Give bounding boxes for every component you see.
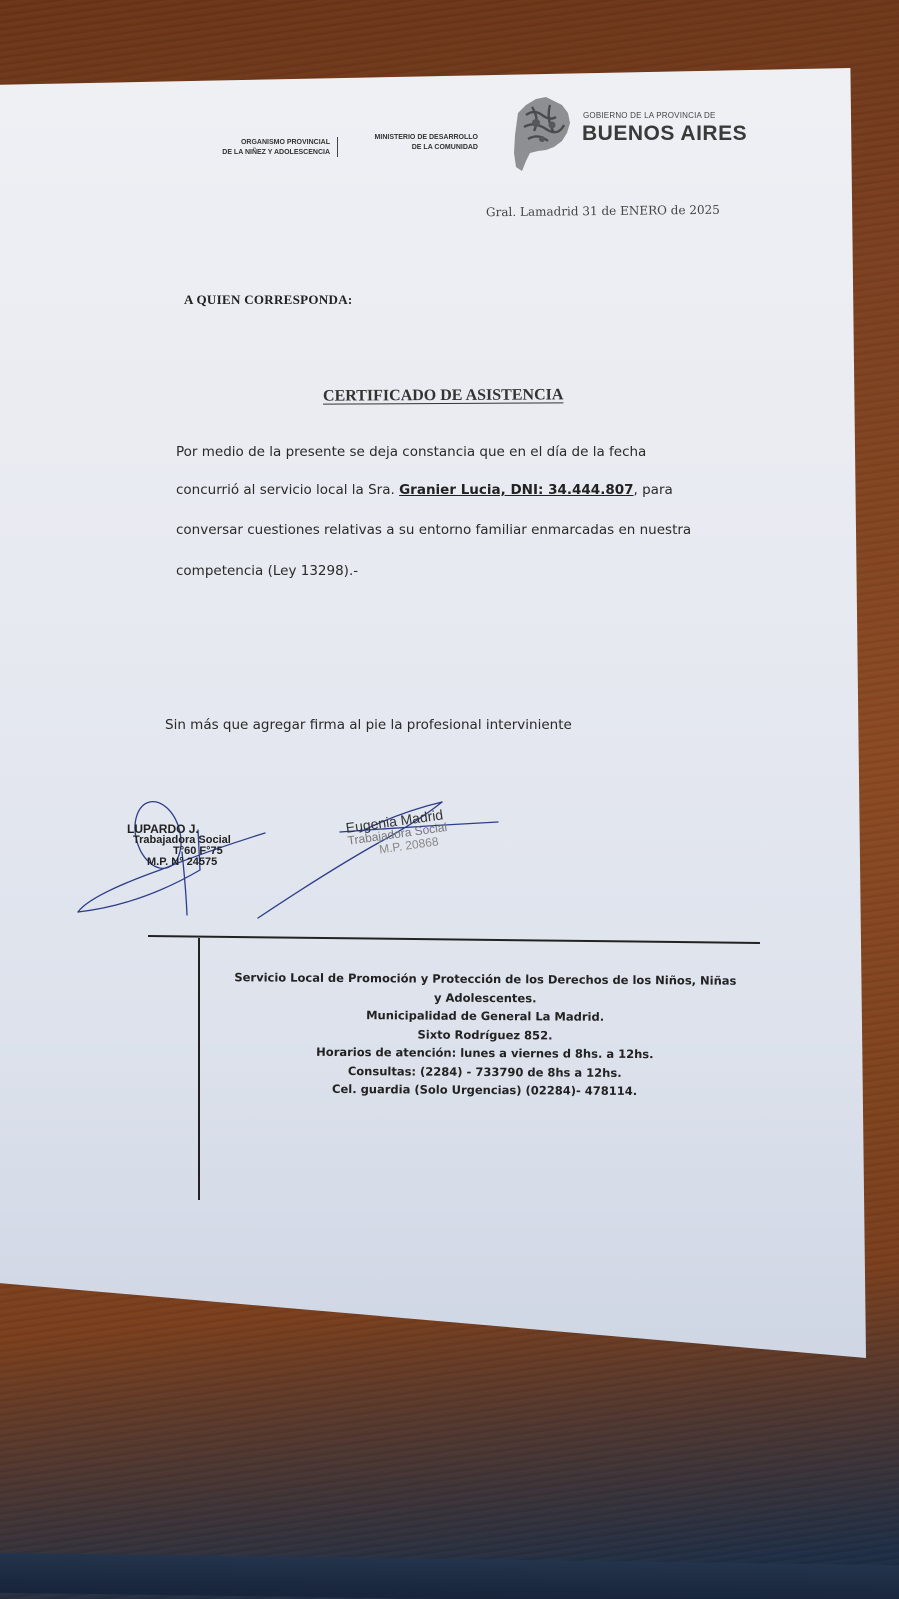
footer-contact-block: Servicio Local de Promoción y Protección… — [200, 968, 771, 1101]
footer-service-name: Servicio Local de Promoción y Protección… — [200, 968, 770, 990]
handwritten-signatures — [0, 0, 899, 1599]
signer-1-mp: M.P. N° 24575 — [127, 857, 231, 868]
signature-stamp-1: LUPARDO J. Trabajadora Social T°60 F°75 … — [127, 824, 231, 868]
document-content: ORGANISMO PROVINCIAL DE LA NIÑEZ Y ADOLE… — [0, 0, 899, 1599]
footer-emergency-phone: Cel. guardia (Solo Urgencias) (02284)- 4… — [200, 1079, 770, 1101]
